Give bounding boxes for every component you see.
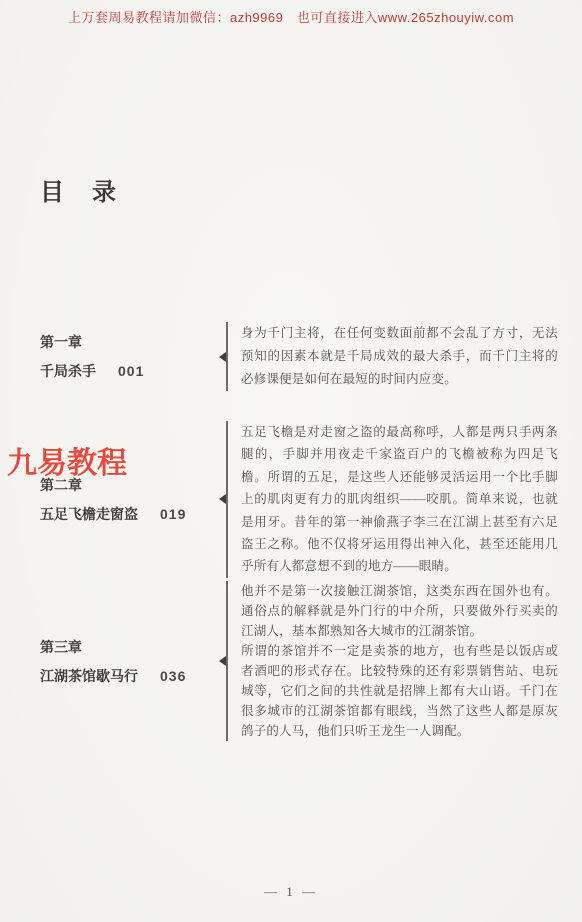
arrow-left-icon [219,656,226,666]
description-paragraph: 身为千门主将，在任何变数面前都不会乱了方寸，无法预知的因素本就是千局成效的最大杀… [241,322,558,391]
divider-line [226,322,228,391]
chapter-title: 五足飞檐走窗盗 [40,504,138,524]
description-paragraph: 所谓的茶馆并不一定是卖茶的地方，也有些是以饭店或者酒吧的形式存在。比较特殊的还有… [241,641,558,741]
divider-line [226,581,228,741]
chapter-heading-block: 第三章 江湖茶馆歇马行 036 [40,637,226,686]
toc-entry-chapter-3: 第三章 江湖茶馆歇马行 036 他并不是第一次接触江湖茶馆，这类东西在国外也有。… [40,581,558,741]
description-paragraph: 五足飞檐是对走窗之盗的最高称呼，人都是两只手两条腿的，手脚并用夜走千家盗百户的飞… [241,421,558,578]
toc-page-title: 目 录 [40,172,118,207]
page-number-footer: — 1 — [0,884,582,900]
arrow-left-icon [219,352,226,362]
chapter-label: 第一章 [40,332,226,352]
chapter-heading-block: 第二章 五足飞檐走窗盗 019 [40,475,226,524]
header-promo-notice: 上万套周易教程请加微信：azh9969 也可直接进入www.265zhouyiw… [0,7,582,26]
book-page: 上万套周易教程请加微信：azh9969 也可直接进入www.265zhouyiw… [0,0,582,922]
arrow-left-icon [219,494,226,504]
chapter-heading-block: 第一章 千局杀手 001 [40,332,226,381]
chapter-page-number: 036 [160,668,186,684]
description-paragraph: 他并不是第一次接触江湖茶馆，这类东西在国外也有。通俗点的解释就是外门行的中介所，… [241,581,558,641]
chapter-description: 身为千门主将，在任何变数面前都不会乱了方寸，无法预知的因素本就是千局成效的最大杀… [228,322,558,391]
chapter-page-number: 019 [160,506,186,522]
chapter-description: 他并不是第一次接触江湖茶馆，这类东西在国外也有。通俗点的解释就是外门行的中介所，… [228,581,558,741]
chapter-label: 第三章 [40,637,226,657]
chapter-page-number: 001 [118,363,144,379]
chapter-title: 江湖茶馆歇马行 [40,666,138,686]
watermark-stamp: 九易教程 [7,438,127,482]
divider-line [226,421,228,578]
chapter-title: 千局杀手 [40,361,96,381]
toc-entry-chapter-1: 第一章 千局杀手 001 身为千门主将，在任何变数面前都不会乱了方寸，无法预知的… [40,322,558,391]
chapter-description: 五足飞檐是对走窗之盗的最高称呼，人都是两只手两条腿的，手脚并用夜走千家盗百户的飞… [228,421,558,578]
